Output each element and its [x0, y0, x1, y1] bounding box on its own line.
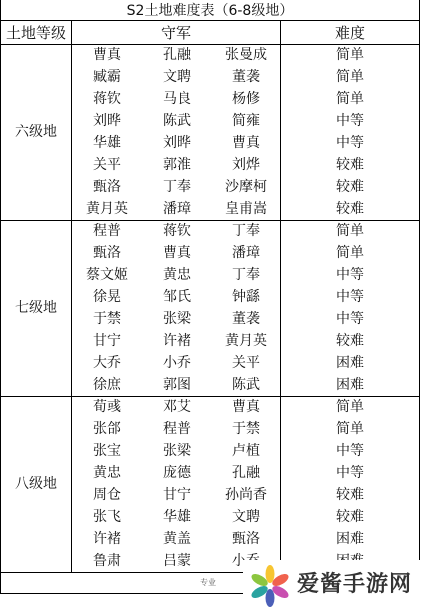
difficulty-cell: 中等: [280, 463, 420, 483]
defender-2: 潘璋: [142, 199, 212, 219]
difficulty-cell: 中等: [280, 133, 420, 153]
land-level-label: 八级地: [0, 475, 72, 493]
defender-1: 周仓: [72, 485, 142, 505]
difficulty-cell: 较难: [280, 507, 420, 527]
header-defenders: 守军: [72, 23, 280, 43]
defender-2: 张梁: [142, 441, 212, 461]
defender-3: 文聘: [212, 507, 280, 527]
difficulty-cell: 较难: [280, 331, 420, 351]
defender-2: 黄忠: [142, 265, 212, 285]
defender-2: 丁奉: [142, 177, 212, 197]
defender-3: 刘烨: [212, 155, 280, 175]
defender-1: 程普: [72, 221, 142, 241]
defender-1: 黄忠: [72, 463, 142, 483]
difficulty-table-sheet: S2土地难度表（6-8级地） 土地等级 守军 难度 六级地曹真孔融张曼成简单臧霸…: [0, 0, 427, 612]
defender-3: 钟繇: [212, 287, 280, 307]
defender-3: 丁奉: [212, 221, 280, 241]
defender-2: 黄盖: [142, 529, 212, 549]
defender-3: 董袭: [212, 67, 280, 87]
footer-text: 专业: [200, 577, 216, 588]
difficulty-cell: 中等: [280, 265, 420, 285]
header-difficulty: 难度: [280, 23, 420, 43]
defender-2: 程普: [142, 419, 212, 439]
defender-2: 马良: [142, 89, 212, 109]
difficulty-cell: 困难: [280, 375, 420, 395]
defender-3: 简雍: [212, 111, 280, 131]
defender-1: 张飞: [72, 507, 142, 527]
difficulty-cell: 困难: [280, 529, 420, 549]
defender-3: 丁奉: [212, 265, 280, 285]
defender-1: 蔡文姬: [72, 265, 142, 285]
defender-3: 关平: [212, 353, 280, 373]
difficulty-cell: 简单: [280, 419, 420, 439]
defender-1: 张郃: [72, 419, 142, 439]
defender-2: 吕蒙: [142, 551, 212, 571]
defender-1: 华雄: [72, 133, 142, 153]
difficulty-cell: 困难: [280, 353, 420, 373]
difficulty-cell: 简单: [280, 45, 420, 65]
difficulty-cell: 简单: [280, 397, 420, 417]
difficulty-cell: 较难: [280, 155, 420, 175]
defender-2: 华雄: [142, 507, 212, 527]
defender-2: 郭淮: [142, 155, 212, 175]
defender-1: 甄洛: [72, 177, 142, 197]
defender-2: 陈武: [142, 111, 212, 131]
difficulty-cell: 简单: [280, 67, 420, 87]
table-title: S2土地难度表（6-8级地）: [0, 2, 420, 20]
defender-1: 甘宁: [72, 331, 142, 351]
defender-3: 沙摩柯: [212, 177, 280, 197]
defender-3: 黄月英: [212, 331, 280, 351]
defender-2: 许褚: [142, 331, 212, 351]
defender-3: 曹真: [212, 397, 280, 417]
defender-1: 张宝: [72, 441, 142, 461]
defender-3: 皇甫嵩: [212, 199, 280, 219]
watermark: 爱酱手游网: [243, 560, 427, 612]
defender-3: 卢植: [212, 441, 280, 461]
difficulty-cell: 中等: [280, 309, 420, 329]
land-level-label: 七级地: [0, 299, 72, 317]
difficulty-cell: 中等: [280, 287, 420, 307]
header-land-level: 土地等级: [0, 23, 72, 43]
difficulty-cell: 简单: [280, 221, 420, 241]
defender-2: 郭图: [142, 375, 212, 395]
defender-2: 曹真: [142, 243, 212, 263]
defender-3: 曹真: [212, 133, 280, 153]
defender-1: 关平: [72, 155, 142, 175]
defender-2: 邓艾: [142, 397, 212, 417]
difficulty-cell: 中等: [280, 441, 420, 461]
defender-1: 甄洛: [72, 243, 142, 263]
difficulty-cell: 简单: [280, 243, 420, 263]
defender-2: 庞德: [142, 463, 212, 483]
difficulty-cell: 较难: [280, 177, 420, 197]
defender-1: 臧霸: [72, 67, 142, 87]
defender-3: 董袭: [212, 309, 280, 329]
defender-1: 曹真: [72, 45, 142, 65]
flower-logo-icon: [249, 564, 291, 608]
defender-2: 甘宁: [142, 485, 212, 505]
defender-1: 于禁: [72, 309, 142, 329]
defender-1: 大乔: [72, 353, 142, 373]
defender-3: 潘璋: [212, 243, 280, 263]
defender-3: 陈武: [212, 375, 280, 395]
defender-1: 许褚: [72, 529, 142, 549]
defender-3: 甄洛: [212, 529, 280, 549]
defender-2: 邹氏: [142, 287, 212, 307]
defender-3: 于禁: [212, 419, 280, 439]
defender-3: 杨修: [212, 89, 280, 109]
defender-3: 孔融: [212, 463, 280, 483]
defender-2: 刘晔: [142, 133, 212, 153]
difficulty-cell: 较难: [280, 199, 420, 219]
defender-1: 徐晃: [72, 287, 142, 307]
defender-2: 文聘: [142, 67, 212, 87]
difficulty-cell: 较难: [280, 485, 420, 505]
defender-1: 黄月英: [72, 199, 142, 219]
difficulty-cell: 简单: [280, 89, 420, 109]
defender-3: 张曼成: [212, 45, 280, 65]
defender-3: 孙尚香: [212, 485, 280, 505]
defender-1: 徐庶: [72, 375, 142, 395]
defender-2: 孔融: [142, 45, 212, 65]
difficulty-cell: 中等: [280, 111, 420, 131]
defender-2: 小乔: [142, 353, 212, 373]
defender-1: 刘晔: [72, 111, 142, 131]
watermark-text: 爱酱手游网: [297, 571, 412, 599]
land-level-label: 六级地: [0, 123, 72, 141]
divider: [0, 20, 420, 21]
defender-1: 蒋钦: [72, 89, 142, 109]
defender-2: 张梁: [142, 309, 212, 329]
defender-1: 鲁肃: [72, 551, 142, 571]
defender-1: 荀彧: [72, 397, 142, 417]
defender-2: 蒋钦: [142, 221, 212, 241]
